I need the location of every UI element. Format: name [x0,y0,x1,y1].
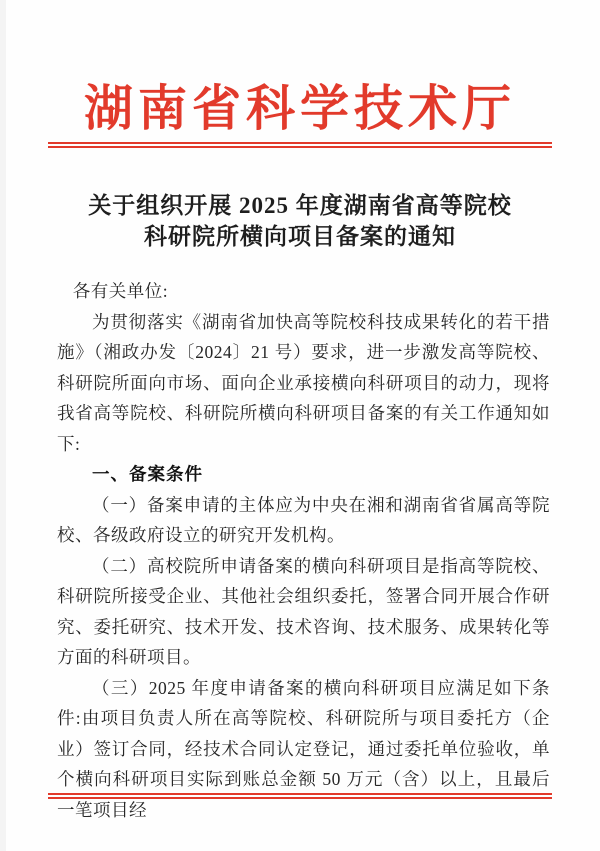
document-page: 湖南省科学技术厅 关于组织开展 2025 年度湖南省高等院校 科研院所横向项目备… [0,0,600,851]
salutation: 各有关单位: [57,276,550,307]
page-bottom-divider-line [48,793,552,799]
document-title-line1: 关于组织开展 2025 年度湖南省高等院校 [0,190,600,221]
document-title: 关于组织开展 2025 年度湖南省高等院校 科研院所横向项目备案的通知 [0,190,600,252]
letterhead-agency-name: 湖南省科学技术厅 [0,80,600,138]
paragraph: 为贯彻落实《湖南省加快高等院校科技成果转化的若干措施》（湘政办发〔2024〕21… [57,307,550,460]
section-heading: 一、备案条件 [57,459,550,490]
paragraph: （一）备案申请的主体应为中央在湘和湖南省省属高等院校、各级政府设立的研究开发机构… [57,490,550,551]
letterhead-divider-line [48,142,552,148]
document-title-line2: 科研院所横向项目备案的通知 [0,221,600,252]
document-body: 各有关单位: 为贯彻落实《湖南省加快高等院校科技成果转化的若干措施》（湘政办发〔… [57,276,550,825]
paragraph: （二）高校院所申请备案的横向科研项目是指高等院校、科研院所接受企业、其他社会组织… [57,551,550,673]
paragraph: （三）2025 年度申请备案的横向科研项目应满足如下条件:由项目负责人所在高等院… [57,673,550,826]
